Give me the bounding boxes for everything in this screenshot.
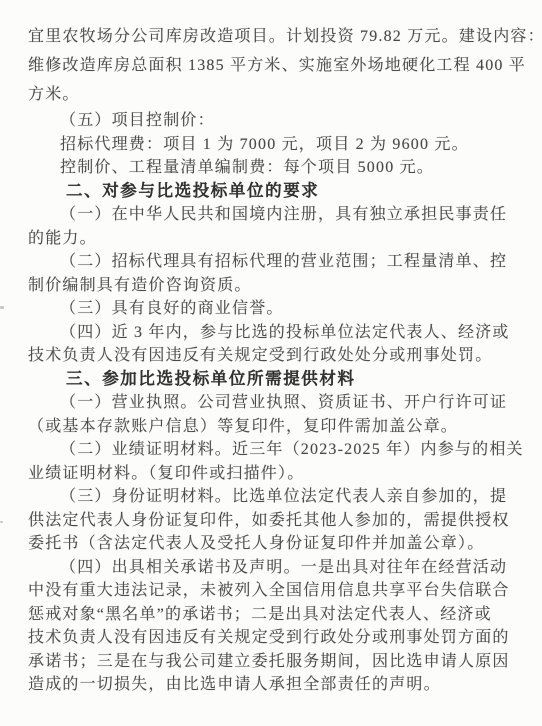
scanned-document-page: 宜里农牧场分公司库房改造项目。计划投资 79.82 万元。建设内容： 维修改造库… [0,0,542,726]
text-line: （三）具有良好的商业信誉。 [28,297,516,321]
section-heading: 二、对参与比选投标单位的要求 [28,180,516,204]
text-line: 承诺书；三是在与我公司建立委托服务期间，因比选申请人原因 [28,650,516,674]
text-line: 宜里农牧场分公司库房改造项目。计划投资 79.82 万元。建设内容： [28,22,516,51]
text-line: 惩戒对象“黑名单”的承诺书；二是出具对法定代表人、经济或 [28,603,516,627]
scan-artifact [0,306,4,309]
text-line: 技术负责人没有因违反有关规定受到行政处处分或刑事处罚。 [28,344,516,368]
scan-artifact [0,521,3,523]
text-line: （三）身份证明材料。比选单位法定代表人亲自参加的，提 [28,485,516,509]
section-heading: 三、参加比选投标单位所需提供材料 [28,368,516,392]
text-line: （一）在中华人民共和国境内注册，具有独立承担民事责任 [28,203,516,227]
text-line: （一）营业执照。公司营业执照、资质证书、开户行许可证 [28,391,516,415]
text-line: （四）出具相关承诺书及声明。一是出具对往年在经营活动 [28,556,516,580]
text-line: 的能力。 [28,227,516,251]
text-line: 业绩证明材料。（复印件或扫描件）。 [28,462,516,486]
text-line: （二）业绩证明材料。近三年（2023-2025 年）内参与的相关 [28,438,516,462]
text-line: 供法定代表人身份证复印件，如委托其他人参加的，需提供授权 [28,509,516,533]
text-line: 维修改造库房总面积 1385 平方米、实施室外场地硬化工程 400 平 [28,51,516,80]
text-line: （或基本存款账户信息）等复印件，复印件需加盖公章。 [28,415,516,439]
text-line: （四）近 3 年内，参与比选的投标单位法定代表人、经济或 [28,321,516,345]
text-line: 招标代理费：项目 1 为 7000 元，项目 2 为 9600 元。 [28,133,516,157]
text-line: 控制价、工程量清单编制费：每个项目 5000 元。 [28,156,516,180]
text-line: 中没有重大违法记录，未被列入全国信用信息共享平台失信联合 [28,579,516,603]
text-line: （二）招标代理具有招标代理的营业范围；工程量清单、控 [28,250,516,274]
text-line: 技术负责人没有因违反有关规定受到行政处分或刑事处罚方面的 [28,626,516,650]
text-line: 方米。 [28,80,516,109]
text-line: 造成的一切损失，由比选申请人承担全部责任的声明。 [28,673,516,697]
text-line: （五）项目控制价： [28,109,516,133]
text-line: 委托书（含法定代表人及受托人身份证复印件并加盖公章）。 [28,532,516,556]
text-line: 制价编制具有造价咨询资质。 [28,274,516,298]
